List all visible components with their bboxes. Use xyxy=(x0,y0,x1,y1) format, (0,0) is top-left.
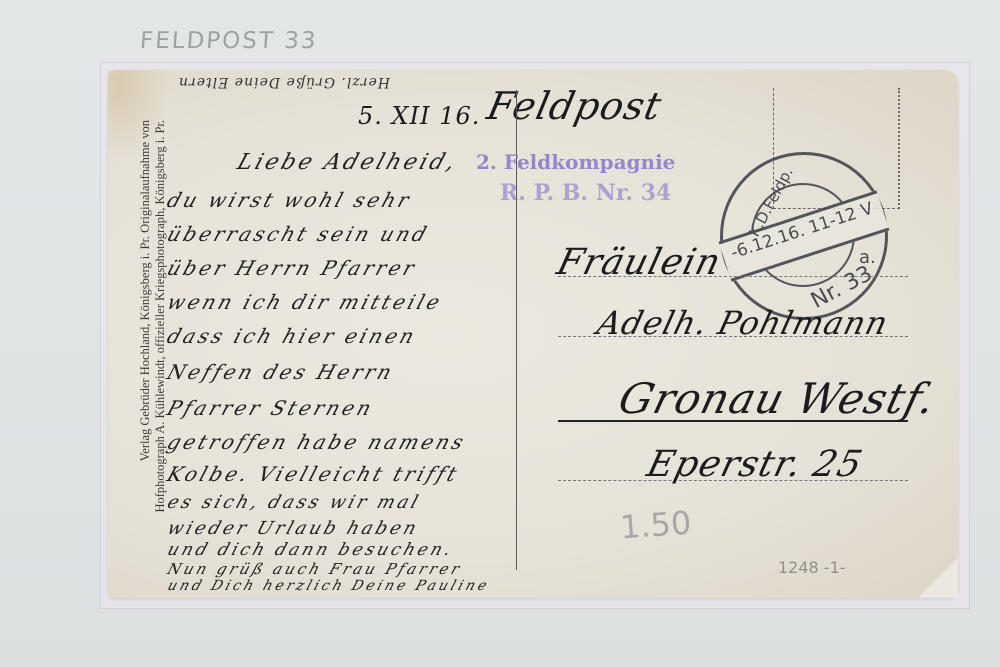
message-line: es sich, dass wir mal xyxy=(165,492,424,513)
message-line: Kolbe. Vielleicht trifft xyxy=(164,462,463,486)
album-page-label: FELDPOST 33 xyxy=(139,28,318,54)
message-line: und Dich herzlich Deine Pauline xyxy=(165,578,491,594)
message-line: und dich dann besuchen. xyxy=(165,540,457,560)
address-street: Eperstr. 25 xyxy=(643,444,867,485)
handwritten-date: 5. XII 16. xyxy=(358,102,480,130)
publisher-line-1: Verlag Gebrüder Hochland, Königsberg i. … xyxy=(138,120,153,610)
pencil-price-note: 1.50 xyxy=(619,504,693,547)
message-line: überrascht sein und xyxy=(164,222,432,246)
message-line: Nun grüß auch Frau Pfarrer xyxy=(165,560,465,578)
postmark: K.D.Feldp. -6.12.16. 11-12 V a. Nr. 33 xyxy=(720,152,888,320)
publisher-imprint: Verlag Gebrüder Hochland, Königsberg i. … xyxy=(138,120,168,610)
message-greeting: Liebe Adelheid, xyxy=(234,150,461,175)
message-line: über Herrn Pfarrer xyxy=(164,256,420,280)
unit-stamp-line-2: R. P. B. Nr. 34 xyxy=(500,180,671,206)
message-line: Pfarrer Sternen xyxy=(164,396,377,420)
address-salutation: Fräulein xyxy=(553,242,726,283)
address-city: Gronau Westf. xyxy=(614,374,941,423)
message-line: du wirst wohl sehr xyxy=(164,188,415,212)
postcard: Verlag Gebrüder Hochland, Königsberg i. … xyxy=(108,70,958,598)
message-line: wieder Urlaub haben xyxy=(165,518,422,539)
message-line: getroffen habe namens xyxy=(164,430,470,454)
message-line: dass ich hier einen xyxy=(164,324,420,348)
message-line: wenn ich dir mitteile xyxy=(164,290,446,314)
handwritten-feldpost: Feldpost xyxy=(483,84,666,128)
pencil-inventory-note: 1248 -1- xyxy=(778,558,846,577)
unit-stamp-line-1: 2. Feldkompagnie xyxy=(476,150,675,174)
corner-mount xyxy=(918,558,958,598)
inverted-greeting-note: Herzl. Grüße Deine Eltern xyxy=(178,74,390,90)
address-name: Adelh. Pohlmann xyxy=(593,304,892,342)
message-line: Neffen des Herrn xyxy=(164,360,398,384)
